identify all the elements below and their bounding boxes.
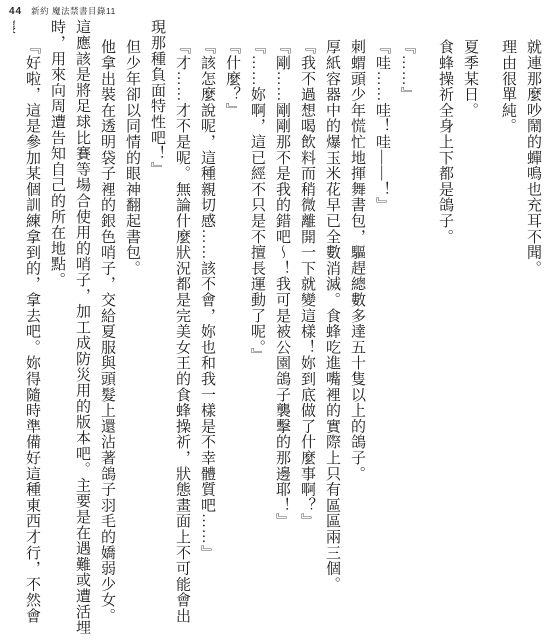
- paragraph-dialogue: 『什麼？』: [219, 19, 244, 636]
- paragraph-narration: 就連那麼吵鬧的蟬鳴也充耳不聞。: [520, 19, 545, 636]
- novel-text-block: 就連那麼吵鬧的蟬鳴也充耳不聞。 理由很單純。 夏季某日。 食蜂操祈全身上下都是鴿…: [13, 19, 545, 636]
- paragraph-narration: 理由很單純。: [495, 19, 520, 636]
- book-title: 新約 魔法禁書目錄11: [31, 5, 116, 17]
- running-header: 44 新約 魔法禁書目錄11: [9, 5, 116, 17]
- paragraph-dialogue: 『剛……剛剛那不是我的錯吧～！我可是被公園鴿子襲擊的那邊耶！』: [269, 19, 294, 636]
- paragraph-dialogue: 『……妳啊，這已經不只是不擅長運動了呢。』: [244, 19, 269, 636]
- paragraph-narration: 刺蝟頭少年慌忙地揮舞書包，驅趕總數多達五十隻以上的鴿子。: [344, 19, 369, 636]
- paragraph-narration: 他拿出裝在透明袋子裡的銀色哨子，交給夏服與頭髮上還沾著鴿子羽毛的嬌弱少女。這應該…: [44, 19, 119, 636]
- paragraph-dialogue: 『我不過想喝飲料而稍微離開一下就變這樣！妳到底做了什麼事啊？』: [294, 19, 319, 636]
- paragraph-dialogue: 『哇……哇！哇——！』: [369, 19, 394, 636]
- paragraph-dialogue: 『好啦，這是參加某個訓練拿到的，拿去吧。妳得隨時準備好這種東西才行，不然會讓: [13, 19, 44, 636]
- paragraph-dialogue: 『……』: [394, 19, 419, 636]
- paragraph-dialogue: 『才……才不是呢。無論什麼狀況都是完美女王的食蜂操祈，狀態畫面上不可能會出現那種…: [144, 19, 194, 636]
- paragraph-narration: 但少年卻以同情的眼神翻起書包。: [119, 19, 144, 636]
- page-number: 44: [9, 6, 22, 17]
- paragraph-narration: 食蜂操祈全身上下都是鴿子。: [432, 19, 457, 636]
- paragraph-narration: 厚紙容器中的爆玉米花早已全數消滅。食蜂吃進嘴裡的實際上只有區區兩三個。: [319, 19, 344, 636]
- paragraph-narration: 夏季某日。: [457, 19, 482, 636]
- paragraph-dialogue: 『該怎麼說呢，這種親切感……該不會，妳也和我一樣是不幸體質吧……』: [194, 19, 219, 636]
